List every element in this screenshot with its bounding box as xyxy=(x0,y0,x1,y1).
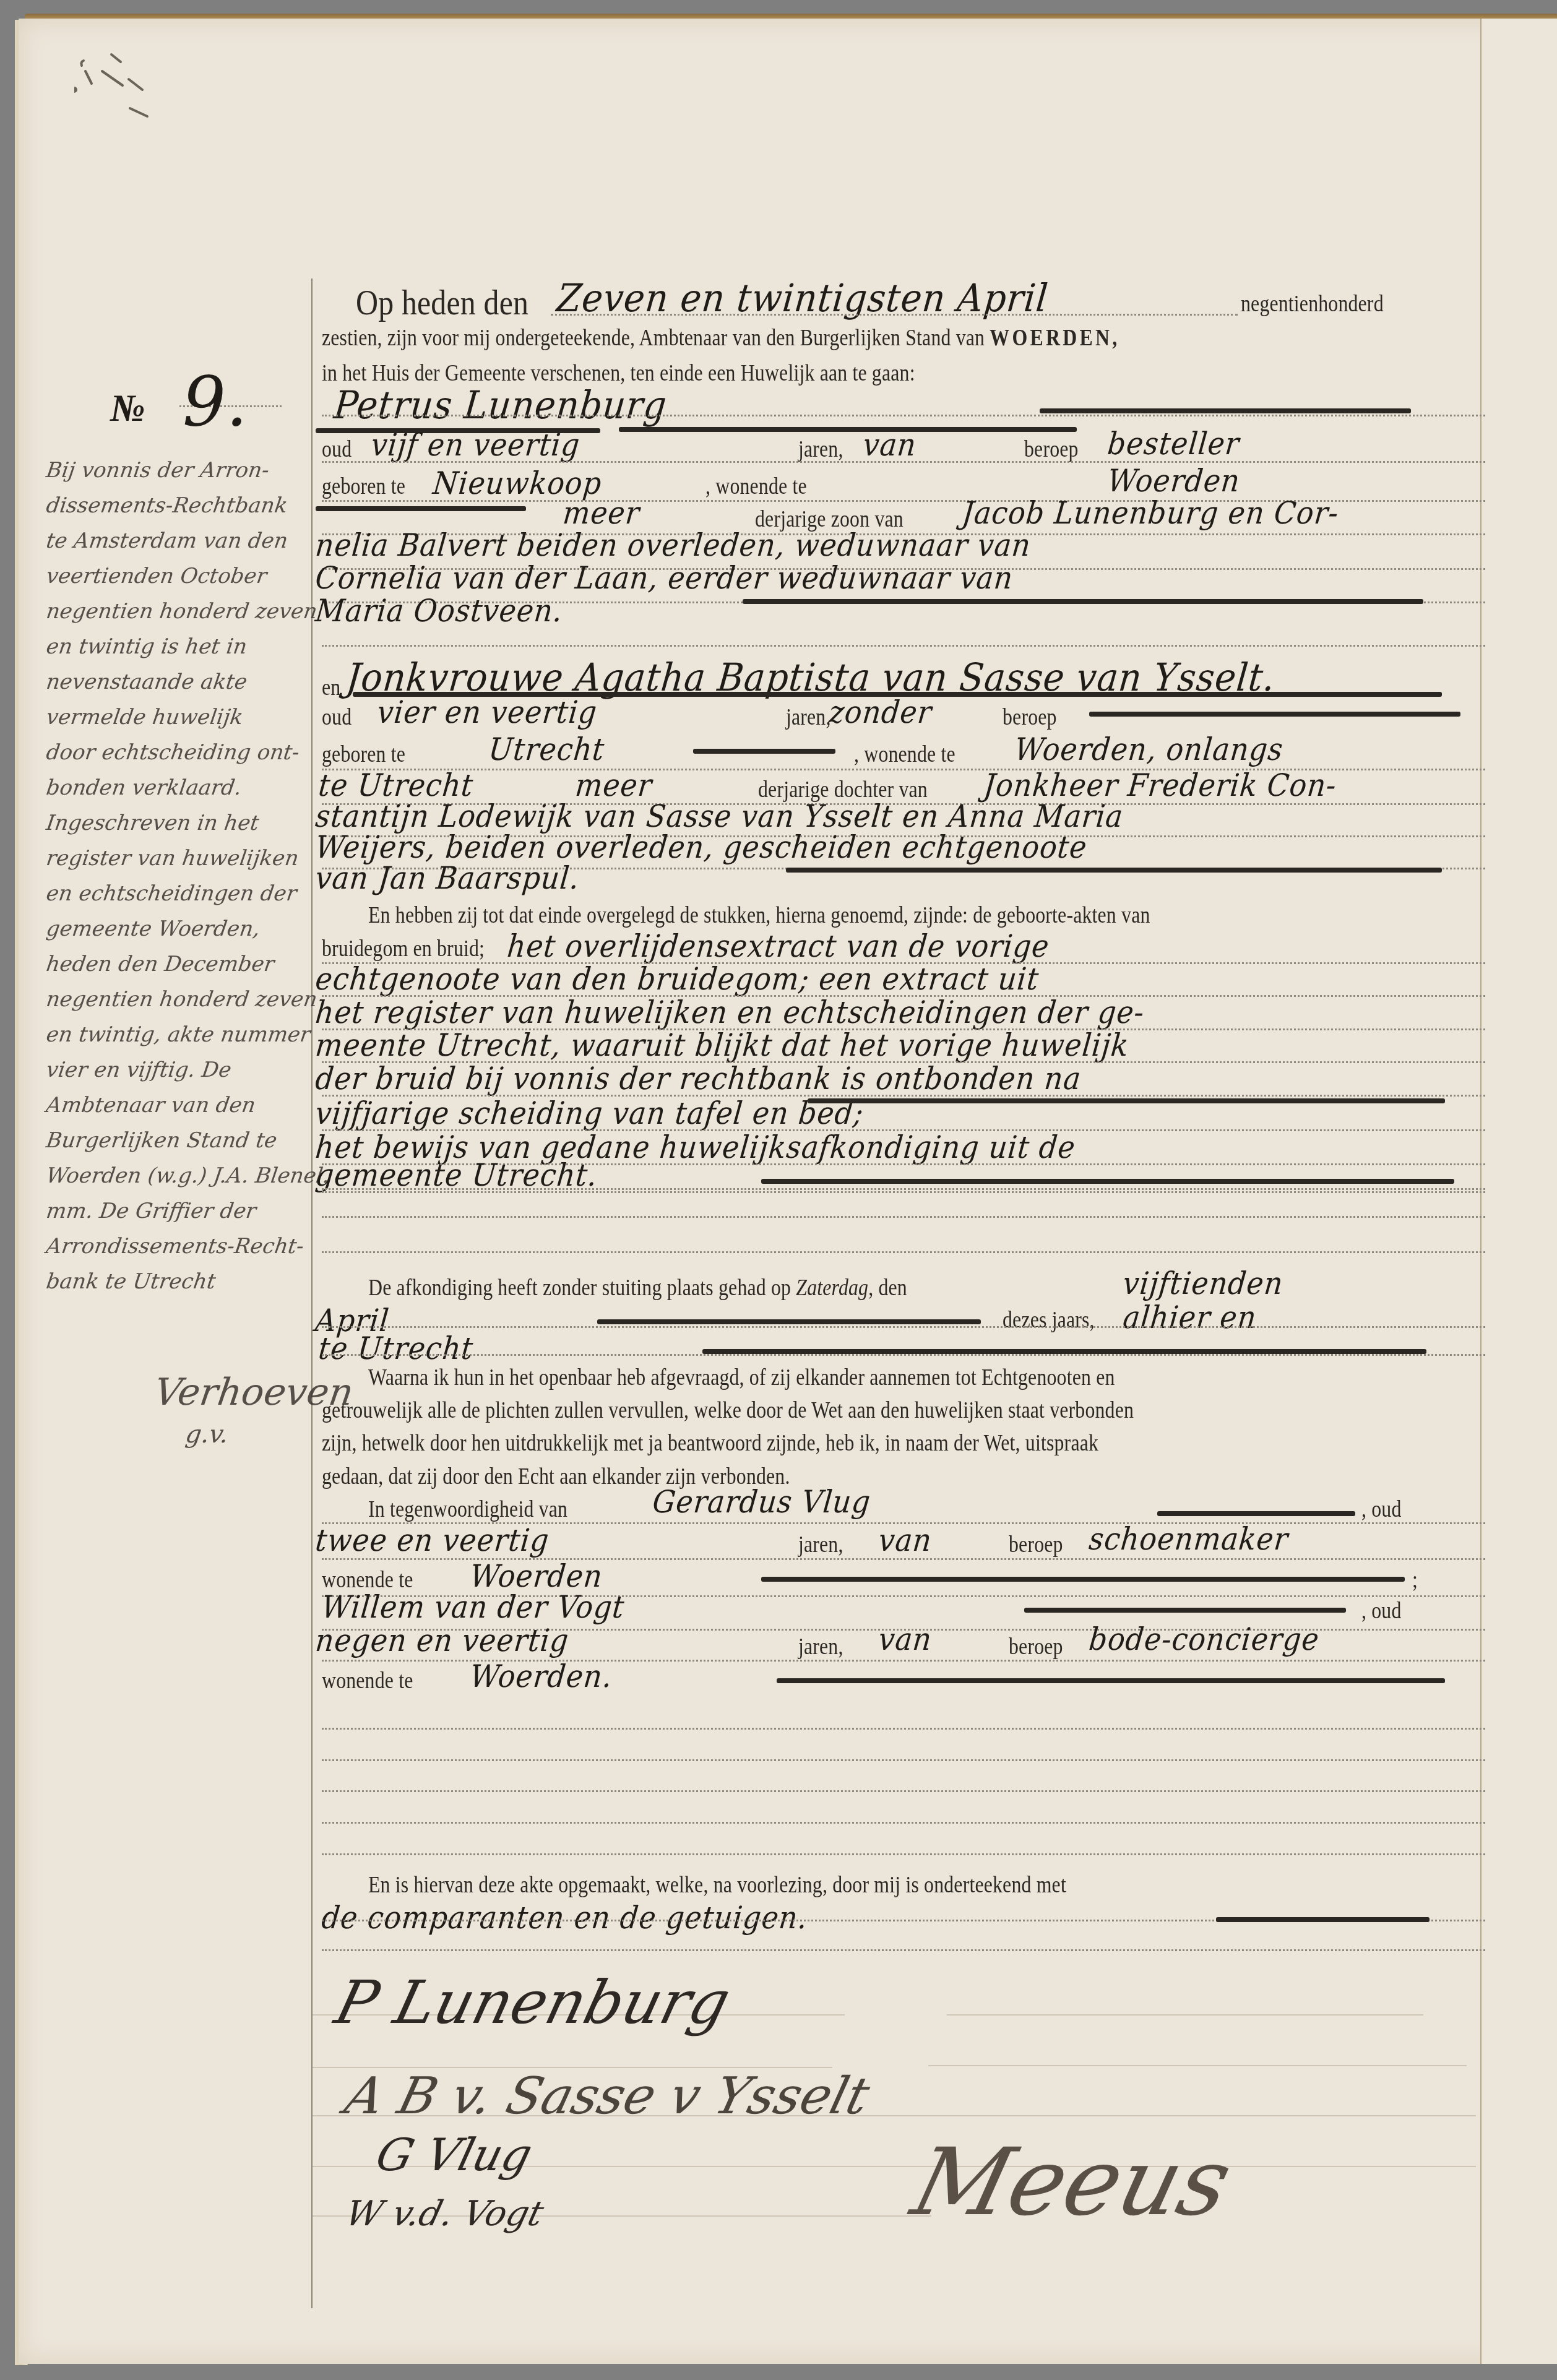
margin-note-line: register van huwelijken xyxy=(45,846,300,871)
signature-bride: A B v. Sasse v Ysselt xyxy=(339,2067,875,2126)
document-item: meente Utrecht, waaruit blijkt dat het v… xyxy=(314,1027,1131,1063)
witness-2-beroep-label: beroep xyxy=(1009,1634,1063,1660)
margin-note-signature-suffix: g.v. xyxy=(184,1420,230,1449)
act-number: 9. xyxy=(183,362,248,441)
dotted-line xyxy=(322,645,1485,647)
margin-note-line: nevenstaande akte xyxy=(45,670,249,694)
dotted-line xyxy=(322,1188,1485,1190)
margin-note-line: bonden verklaard. xyxy=(45,775,243,800)
bride-oud-label: oud xyxy=(322,704,352,731)
documents-intro: En hebben zij tot dat einde overgelegd d… xyxy=(368,902,1150,929)
dotted-line xyxy=(322,1822,1485,1824)
proclamation-text: De afkondiging heeft zonder stuiting pla… xyxy=(368,1275,791,1301)
fill-stroke xyxy=(1040,408,1411,413)
witness-2-age: negen en veertig xyxy=(314,1623,571,1658)
fill-stroke xyxy=(761,1179,1454,1184)
proclamation-place-b: te Utrecht xyxy=(317,1330,475,1366)
margin-note-line: en twintig, akte nummer xyxy=(45,1022,312,1047)
witness-1-name: Gerardus Vlug xyxy=(651,1484,872,1520)
documents-intro-2: bruidegom en bruid; xyxy=(322,936,485,962)
dotted-line xyxy=(322,461,1485,463)
proclamation-day: Zaterdag xyxy=(796,1275,868,1301)
fill-stroke xyxy=(702,1349,1426,1354)
margin-rule xyxy=(311,278,313,2308)
dezes-jaars-label: dezes jaars, xyxy=(1003,1307,1095,1334)
fill-stroke xyxy=(693,749,835,754)
dotted-line xyxy=(322,1728,1485,1730)
closing-hand: de comparanten en de getuigen. xyxy=(320,1900,809,1936)
signature-line xyxy=(928,2065,1467,2066)
bride-parents-4: van Jan Baarspul. xyxy=(314,860,581,896)
witness-1-jaren-label: jaren, xyxy=(798,1532,843,1558)
groom-meer: meer xyxy=(561,495,641,531)
dotted-line xyxy=(322,1216,1485,1218)
margin-note-line: dissements-Rechtbank xyxy=(45,493,289,518)
margin-note-line: vier en vijftig. De xyxy=(45,1058,233,1082)
document-item: der bruid bij vonnis der rechtbank is on… xyxy=(314,1061,1082,1097)
proclamation-date-a: vijftienden xyxy=(1121,1265,1285,1301)
fill-stroke xyxy=(1157,1511,1355,1516)
fill-stroke xyxy=(786,868,1442,873)
margin-note-line: mm. De Griffier der xyxy=(45,1199,257,1223)
groom-jaren-label: jaren, xyxy=(798,436,843,463)
fill-stroke xyxy=(1089,712,1460,717)
document-item: het register van huwelijken en echtschei… xyxy=(314,994,1146,1030)
groom-wonende-label: , wonende te xyxy=(705,473,807,500)
header-line-2: zestien, zijn voor mij ondergeteekende, … xyxy=(322,325,1120,351)
fill-stroke xyxy=(597,1319,981,1324)
margin-note-line: en twintig is het in xyxy=(45,634,248,659)
header-opening: Op heden den xyxy=(356,282,528,322)
bride-en-label: en xyxy=(322,675,340,701)
groom-beroep-label: beroep xyxy=(1024,436,1079,463)
header-line-2-text: zestien, zijn voor mij ondergeteekende, … xyxy=(322,326,985,351)
witness-1-occupation: schoenmaker xyxy=(1087,1521,1290,1557)
bride-jaren-label: jaren, xyxy=(786,704,831,731)
witness-2-oud-label: , oud xyxy=(1361,1598,1402,1624)
fill-stroke xyxy=(316,506,526,511)
margin-note-line: Arrondissements-Recht- xyxy=(45,1234,305,1259)
dotted-line xyxy=(322,1191,1485,1193)
bride-wonende-label: , wonende te xyxy=(854,741,955,768)
groom-parents-4: Maria Oostveen. xyxy=(314,593,564,629)
signature-witness-1: G Vlug xyxy=(371,2129,538,2181)
fill-stroke xyxy=(619,427,1077,432)
bride-geboren-label: geboren te xyxy=(322,741,405,768)
dotted-line xyxy=(322,1790,1485,1792)
groom-geboren-label: geboren te xyxy=(322,473,405,500)
margin-note-line: vermelde huwelijk xyxy=(45,705,244,730)
groom-parents-3: Cornelia van der Laan, eerder weduwnaar … xyxy=(314,560,1014,596)
bride-beroep-label: beroep xyxy=(1003,704,1057,731)
margin-note-line: heden den December xyxy=(45,952,276,977)
document-item: vijfjarige scheiding van tafel en bed; xyxy=(314,1095,865,1131)
declaration-line: zijn, hetwelk door hen uitdrukkelijk met… xyxy=(322,1430,1098,1457)
margin-note-line: veertienden October xyxy=(45,564,269,589)
municipality-name: WOERDEN, xyxy=(990,326,1119,351)
bride-age: vier en veertig xyxy=(376,694,598,730)
witness-1-age: twee en veertig xyxy=(314,1522,551,1558)
groom-occupation: besteller xyxy=(1106,426,1241,462)
margin-note-line: Ingeschreven in het xyxy=(45,811,261,835)
dotted-line xyxy=(322,1949,1485,1951)
witness-1-van: van xyxy=(877,1522,933,1558)
witness-2-residence: Woerden. xyxy=(468,1658,614,1694)
margin-note-line: te Amsterdam van den xyxy=(45,528,290,553)
header-year-label: negentienhonderd xyxy=(1241,291,1384,317)
witness-2-wonende-label: wonende te xyxy=(322,1668,413,1694)
fill-stroke xyxy=(761,1577,1405,1582)
dotted-line xyxy=(322,1354,1485,1356)
proclamation-den: , den xyxy=(868,1275,907,1301)
dotted-line xyxy=(322,1759,1485,1761)
act-number-label: № xyxy=(110,387,145,431)
signature-line xyxy=(947,2014,1423,2016)
proclamation-line: De afkondiging heeft zonder stuiting pla… xyxy=(368,1275,907,1301)
signature-official: Meeus xyxy=(902,2129,1241,2236)
closing-text: En is hiervan deze akte opgemaakt, welke… xyxy=(368,1872,1066,1899)
document-item: echtgenoote van den bruidegom; een extra… xyxy=(314,961,1040,997)
margin-note-line: door echtscheiding ont- xyxy=(45,740,301,765)
groom-age: vijf en veertig xyxy=(369,427,582,463)
signature-witness-2: W v.d. Vogt xyxy=(342,2194,548,2234)
margin-note-line: negentien honderd zeven xyxy=(45,599,319,624)
witness-intro: In tegenwoordigheid van xyxy=(368,1496,567,1523)
margin-note-line: Bij vonnis der Arron- xyxy=(45,458,270,483)
next-page-leaf xyxy=(1482,19,1557,2364)
declaration-line: getrouwelijk alle de plichten zullen ver… xyxy=(322,1397,1134,1424)
witness-1-beroep-label: beroep xyxy=(1009,1532,1063,1558)
margin-note-line: en echtscheidingen der xyxy=(45,881,298,906)
groom-name: Petrus Lunenburg xyxy=(332,382,669,428)
witness-1-oud-label: , oud xyxy=(1361,1496,1402,1523)
fill-stroke xyxy=(808,1098,1445,1103)
groom-van: van xyxy=(861,427,918,463)
document-item: het overlijdensextract van de vorige xyxy=(506,928,1051,964)
fill-stroke xyxy=(1216,1917,1430,1922)
dotted-line xyxy=(322,1853,1485,1855)
witness-1-end: ; xyxy=(1412,1567,1418,1593)
groom-oud-label: oud xyxy=(322,436,352,463)
header-line-1: Op heden den xyxy=(356,282,528,323)
declaration-line: Waarna ik hun in het openbaar heb afgevr… xyxy=(368,1365,1115,1391)
margin-note-line: Ambtenaar van den xyxy=(45,1093,257,1118)
ink-spatter-icon xyxy=(74,50,173,124)
dotted-line xyxy=(322,415,1485,416)
margin-note-line: bank te Utrecht xyxy=(45,1269,217,1294)
groom-residence: Woerden xyxy=(1106,463,1241,499)
dotted-line xyxy=(322,1326,1485,1328)
dotted-line xyxy=(551,314,1238,316)
dotted-line xyxy=(322,1251,1485,1253)
fill-stroke xyxy=(743,599,1423,604)
witness-2-jaren-label: jaren, xyxy=(798,1634,843,1660)
witness-2-van: van xyxy=(877,1621,933,1657)
signature-groom: P Lunenburg xyxy=(329,1968,737,2037)
groom-parents-1: Jacob Lunenburg en Cor- xyxy=(960,495,1340,531)
fill-stroke xyxy=(777,1678,1445,1683)
witness-2-occupation: bode-concierge xyxy=(1087,1621,1321,1657)
bride-zonder: zonder xyxy=(827,694,933,730)
margin-note-line: Burgerlijken Stand te xyxy=(45,1128,278,1153)
margin-note-line: gemeente Woerden, xyxy=(45,916,262,941)
bride-residence: Woerden, onlangs xyxy=(1013,731,1285,767)
margin-note-line: negentien honderd zeven xyxy=(45,987,319,1012)
witness-2-name: Willem van der Vogt xyxy=(320,1589,626,1625)
bride-birthplace: Utrecht xyxy=(487,731,606,767)
margin-note-line: Woerden (w.g.) J.A. Blenel. xyxy=(45,1163,331,1188)
groom-parents-2: nelia Balvert beiden overleden, weduwnaa… xyxy=(314,527,1032,563)
proclamation-place-a: alhier en xyxy=(1121,1300,1258,1335)
fill-stroke xyxy=(1024,1608,1346,1613)
